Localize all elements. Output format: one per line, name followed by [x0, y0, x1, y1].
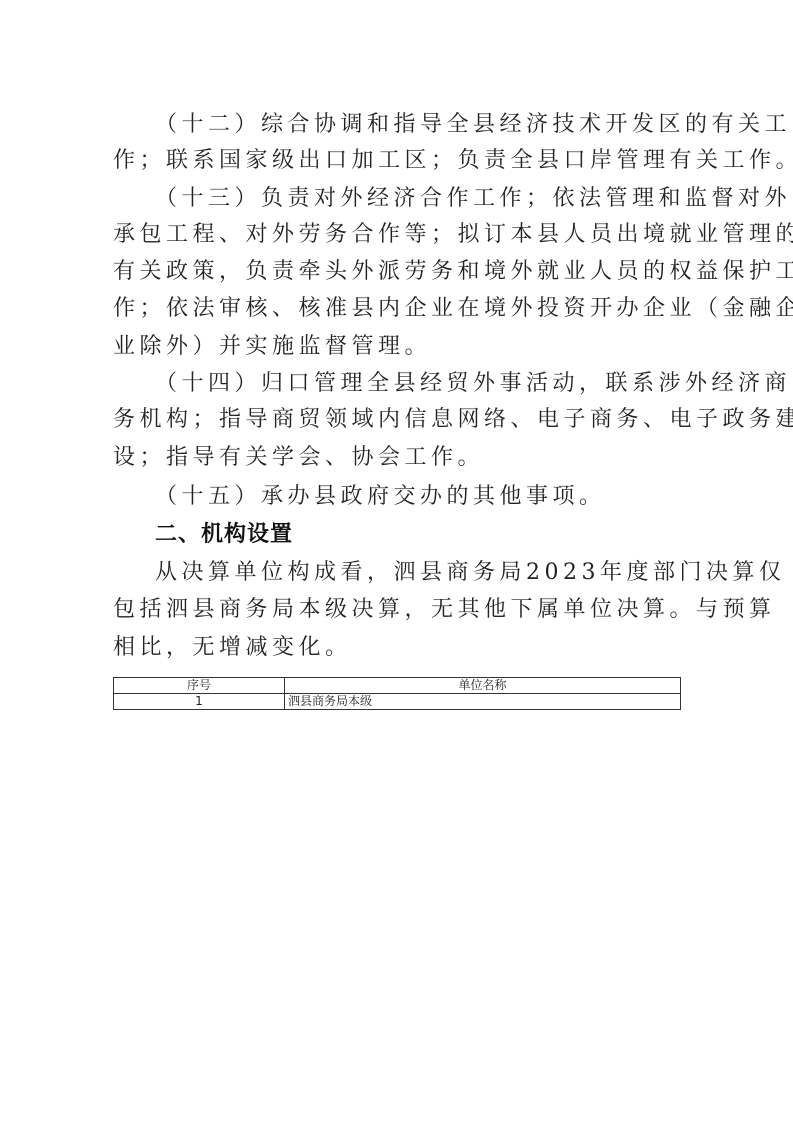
cell-unit-name: 泗县商务局本级: [285, 694, 681, 710]
paragraph-line: 承包工程、对外劳务合作等；拟订本县人员出境就业管理的: [113, 221, 680, 249]
paragraph-line: （十三）负责对外经济合作工作；依法管理和监督对外: [155, 185, 680, 213]
section-heading: 二、机构设置: [155, 521, 293, 549]
paragraph-line: 业除外）并实施监督管理。: [113, 333, 680, 361]
column-header-unit-name: 单位名称: [285, 678, 681, 694]
paragraph-line: 作；依法审核、核准县内企业在境外投资开办企业（金融企: [113, 295, 680, 323]
table-row: 1 泗县商务局本级: [114, 694, 681, 710]
column-header-index: 序号: [114, 678, 285, 694]
paragraph-line: （十四）归口管理全县经贸外事活动，联系涉外经济商: [155, 370, 680, 398]
unit-table: 序号 单位名称 1 泗县商务局本级: [113, 677, 681, 710]
paragraph-line: 从决算单位构成看，泗县商务局2023年度部门决算仅: [155, 559, 680, 587]
document-page: （十二）综合协调和指导全县经济技术开发区的有关工 作；联系国家级出口加工区；负责…: [0, 0, 793, 1122]
table-header-row: 序号 单位名称: [114, 678, 681, 694]
paragraph-line: 相比，无增减变化。: [113, 634, 680, 662]
paragraph-line: 务机构；指导商贸领域内信息网络、电子商务、电子政务建: [113, 406, 680, 434]
paragraph-line: 设；指导有关学会、协会工作。: [113, 444, 680, 472]
paragraph-line: 有关政策，负责牵头外派劳务和境外就业人员的权益保护工: [113, 258, 680, 286]
paragraph-line: （十五）承办县政府交办的其他事项。: [155, 483, 680, 511]
paragraph-line: （十二）综合协调和指导全县经济技术开发区的有关工: [155, 111, 680, 139]
paragraph-line: 作；联系国家级出口加工区；负责全县口岸管理有关工作。: [113, 147, 680, 175]
cell-index: 1: [114, 694, 285, 710]
paragraph-line: 包括泗县商务局本级决算，无其他下属单位决算。与预算: [113, 596, 680, 624]
